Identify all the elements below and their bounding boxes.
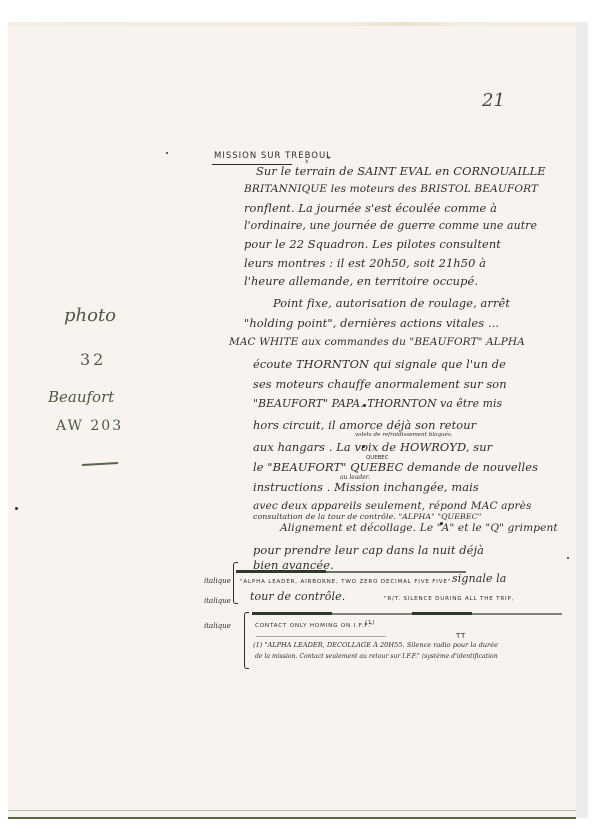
- body-line: Sur le terrain de SAINT EVAL en CORNOUAI…: [256, 164, 546, 178]
- body-line: Alignement et décollage. Le "A" et le "Q…: [280, 522, 558, 534]
- body-line: ses moteurs chauffe anormalement sur son: [253, 377, 507, 391]
- stray-ink-dot: [15, 507, 18, 510]
- italic-instruction-label: italique: [204, 597, 231, 605]
- italic-instruction-label: italique: [204, 577, 231, 585]
- separator-rule: [472, 613, 562, 615]
- section-bracket: [244, 612, 249, 669]
- body-line: hors circuit, il amorce déjà son retour: [253, 418, 476, 432]
- insertion-mark: x: [326, 154, 330, 161]
- body-line: l'ordinaire, une journée de guerre comme…: [244, 219, 537, 232]
- margin-note-serial: AW 203: [56, 418, 123, 434]
- body-line: BRITANNIQUE les moteurs des BRISTOL BEAU…: [244, 183, 538, 195]
- body-line: l'heure allemande, en territoire occupé.: [244, 274, 478, 288]
- body-line: ronflent. La journée s'est écoulée comme…: [244, 201, 497, 215]
- interlinear-note: au leader.: [340, 474, 370, 481]
- separator-rule: [332, 613, 412, 615]
- interlinear-note: QUEBEC: [366, 455, 388, 461]
- correction-mark: TT: [456, 632, 466, 640]
- body-line: "BEAUFORT" PAPA. THORNTON va être mis: [253, 397, 502, 410]
- radio-text: tour de contrôle.: [250, 590, 345, 603]
- italic-instruction-label: italique: [204, 622, 231, 630]
- radio-quote: CONTACT ONLY HOMING ON I.F.F.": [255, 623, 373, 629]
- mission-title: MISSION SUR TREBOUL: [214, 151, 332, 161]
- footnote: (1) "ALPHA LEADER, DECOLLAGE À 20H55. Si…: [253, 641, 498, 649]
- body-line: "holding point", dernières actions vital…: [244, 316, 499, 330]
- margin-note-number: 32: [80, 350, 106, 369]
- body-line: Point fixe, autorisation de roulage, arr…: [273, 296, 510, 310]
- page-bottom-edge-line: [8, 810, 576, 811]
- footnote-reference: (1): [365, 620, 375, 626]
- footnote: de la mission. Contact seulement au reto…: [255, 653, 498, 660]
- margin-note-photo: photo: [64, 305, 116, 326]
- separator-rule: [236, 570, 326, 573]
- body-line: pour le 22 Squadron. Les pilotes consult…: [244, 237, 501, 251]
- body-line: instructions . Mission inchangée, mais: [253, 480, 479, 494]
- page-bottom-edge-line-dark: [8, 817, 576, 819]
- body-line: pour prendre leur cap dans la nuit déjà: [253, 543, 484, 557]
- strikethrough-line: [256, 636, 386, 637]
- body-line: écoute THORNTON qui signale que l'un de: [253, 357, 506, 371]
- body-line: le "BEAUFORT" QUEBEC demande de nouvelle…: [253, 460, 538, 474]
- separator-rule: [252, 612, 332, 615]
- radio-quote: "ALPHA LEADER, AIRBORNE, TWO ZERO DECIMA…: [240, 579, 451, 585]
- radio-text: signale la: [452, 572, 506, 585]
- page-number: 21: [482, 90, 505, 111]
- section-bracket: [233, 562, 238, 604]
- body-line: avec deux appareils seulement, répond MA…: [253, 500, 532, 512]
- body-line: MAC WHITE aux commandes du "BEAUFORT" AL…: [229, 336, 525, 348]
- insertion-dot: [363, 404, 366, 407]
- body-line: consultation de la tour de contrôle. "AL…: [253, 512, 481, 521]
- interlinear-note: volets de refroidissement bloqués.: [355, 432, 453, 438]
- separator-rule: [326, 571, 466, 573]
- body-line: aux hangars . La voix de HOWROYD, sur: [253, 440, 492, 454]
- insertion-dot: [440, 522, 443, 525]
- margin-note-aircraft: Beaufort: [48, 388, 114, 406]
- page-top-edge: [8, 22, 576, 26]
- scan-background-strip: [576, 22, 588, 818]
- body-line: leurs montres : il est 20h50, soit 21h50…: [244, 256, 486, 270]
- insertion-dot: [362, 445, 365, 448]
- stray-ink-dot: [166, 152, 168, 154]
- radio-quote: "R/T. SILENCE DURING ALL THE TRIP,: [384, 596, 514, 602]
- stray-ink-dot: [567, 557, 569, 559]
- separator-rule: [412, 612, 472, 615]
